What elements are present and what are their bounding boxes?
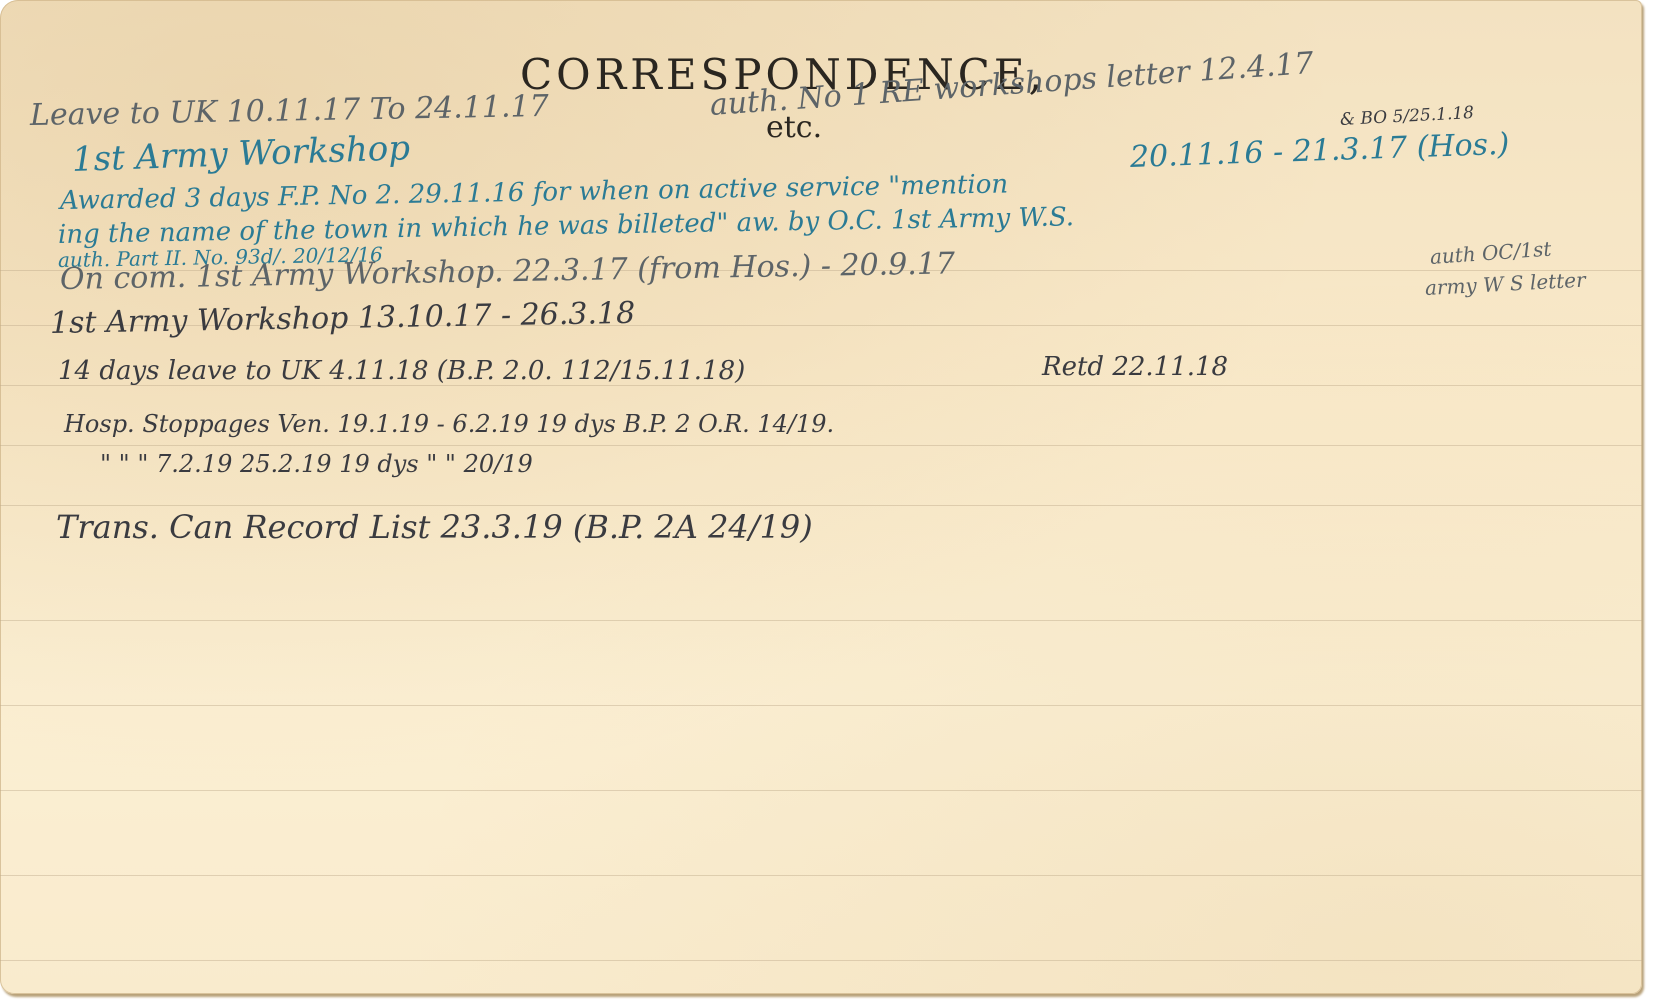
- entry-dates-hos: 20.11.16 - 21.3.17 (Hos.): [1129, 127, 1509, 175]
- entry-hosp-stoppages-2: " " " 7.2.19 25.2.19 19 dys " " 20/19: [100, 450, 533, 478]
- ruled-line: [0, 620, 1642, 621]
- entry-first-army-workshop-1: 1st Army Workshop: [71, 128, 410, 180]
- entry-trans-can-record: Trans. Can Record List 23.3.19 (B.P. 2A …: [56, 508, 813, 546]
- entry-retd: Retd 22.11.18: [1042, 352, 1228, 382]
- ruled-line: [0, 445, 1642, 446]
- entry-auth-oc: auth OC/1st: [1429, 237, 1552, 269]
- ruled-line: [0, 790, 1642, 791]
- entry-army-ws-letter: army W S letter: [1424, 268, 1586, 300]
- ruled-line: [0, 705, 1642, 706]
- entry-first-army-workshop-2: 1st Army Workshop 13.10.17 - 26.3.18: [50, 296, 636, 341]
- entry-hosp-stoppages-1: Hosp. Stoppages Ven. 19.1.19 - 6.2.19 19…: [64, 410, 834, 438]
- entry-leave-uk-1917: Leave to UK 10.11.17 To 24.11.17: [30, 89, 549, 133]
- entry-bo-ref: & BO 5/25.1.18: [1339, 103, 1474, 130]
- ruled-line: [0, 875, 1642, 876]
- record-card: CORRESPONDENCE, etc. Leave to UK 10.11.1…: [0, 0, 1642, 994]
- entry-leave-14-days: 14 days leave to UK 4.11.18 (B.P. 2.0. 1…: [58, 356, 745, 386]
- ruled-line: [0, 505, 1642, 506]
- ruled-line: [0, 960, 1642, 961]
